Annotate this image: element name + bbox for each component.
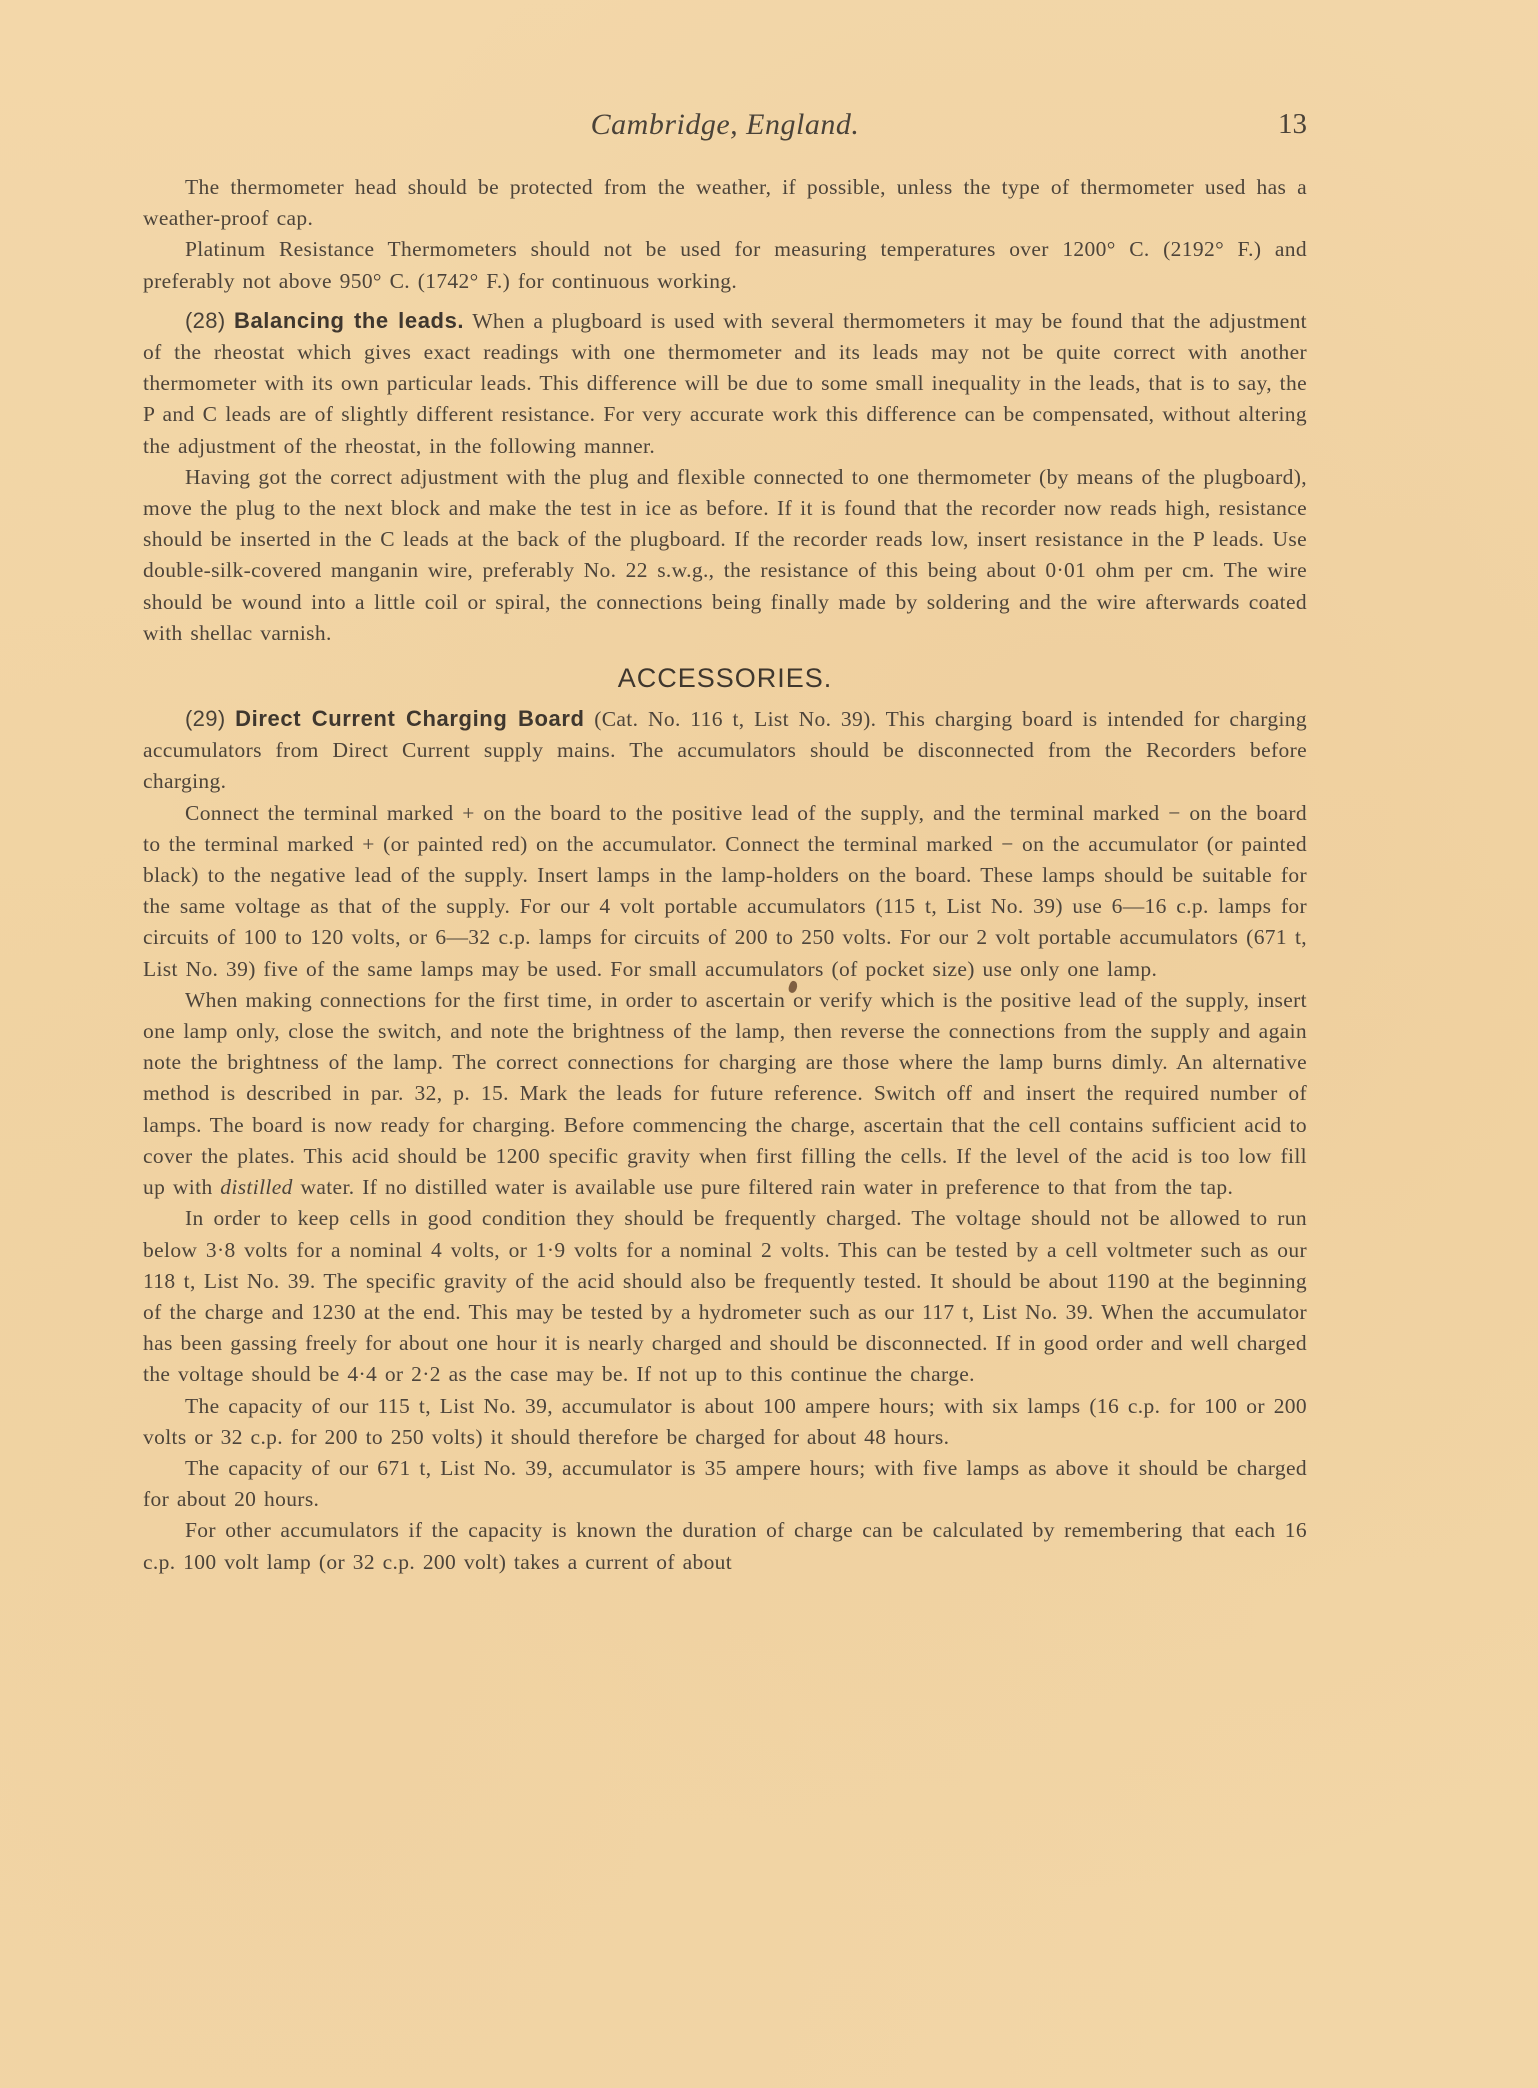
first-connections-text: When making connections for the first ti… <box>143 988 1307 1199</box>
paragraph-connect-terminals: Connect the terminal marked + on the boa… <box>143 798 1307 985</box>
emphasis-distilled: distilled <box>220 1175 292 1199</box>
running-title: Cambridge, England. <box>143 108 1307 142</box>
page-number: 13 <box>1278 108 1307 141</box>
paragraph-cell-condition: In order to keep cells in good condition… <box>143 1203 1307 1390</box>
section-29-number: (29) <box>185 706 226 731</box>
paragraph-balancing-procedure: Having got the correct adjustment with t… <box>143 462 1307 649</box>
paragraph-capacity-115t: The capacity of our 115 t, List No. 39, … <box>143 1391 1307 1453</box>
paragraph-capacity-671t: The capacity of our 671 t, List No. 39, … <box>143 1453 1307 1515</box>
paragraph-other-accumulators: For other accumulators if the capacity i… <box>143 1515 1307 1577</box>
section-28-title: Balancing the leads. <box>234 308 464 333</box>
section-28-paragraph: (28) Balancing the leads. When a plugboa… <box>143 305 1307 462</box>
section-28-number: (28) <box>185 308 226 333</box>
paragraph-platinum-limits: Platinum Resistance Thermometers should … <box>143 234 1307 296</box>
paragraph-first-connections: When making connections for the first ti… <box>143 985 1307 1203</box>
page-body: The thermometer head should be protected… <box>143 172 1307 1578</box>
first-connections-text-end: water. If no distilled water is availabl… <box>300 1175 1233 1199</box>
scanned-book-page: Cambridge, England. 13 The thermometer h… <box>0 0 1538 2088</box>
paragraph-thermometer-head: The thermometer head should be protected… <box>143 172 1307 234</box>
running-head: Cambridge, England. 13 <box>143 108 1307 152</box>
section-29-paragraph: (29) Direct Current Charging Board (Cat.… <box>143 703 1307 798</box>
accessories-heading: ACCESSORIES. <box>143 661 1307 695</box>
section-29-title: Direct Current Charging Board <box>235 706 584 731</box>
